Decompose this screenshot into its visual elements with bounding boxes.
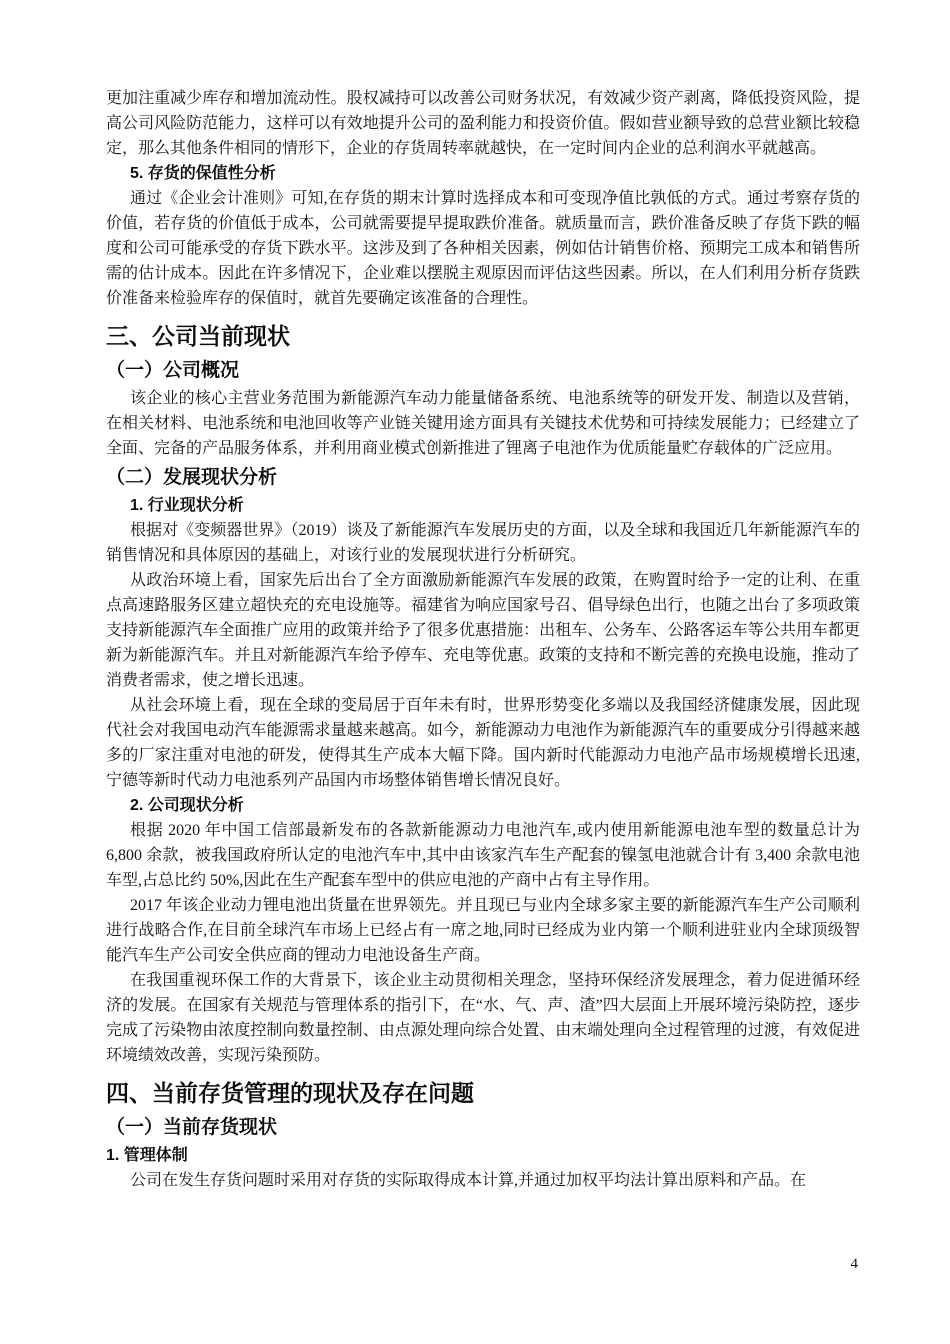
paragraph-industry-overview: 根据对《变频器世界》（2019）谈及了新能源汽车发展历史的方面，以及全球和我国近… [106, 518, 860, 568]
heading-management-system: 1. 管理体制 [106, 1143, 860, 1168]
heading-section-3-company-status: 三、公司当前现状 [106, 321, 860, 352]
heading-company-overview: （一）公司概况 [106, 358, 860, 384]
heading-industry-status-analysis: 1. 行业现状分析 [106, 493, 860, 518]
heading-inventory-value-analysis: 5. 存货的保值性分析 [106, 161, 860, 186]
paragraph-political-environment: 从政治环境上看，国家先后出台了全方面激励新能源汽车发展的政策，在购置时给予一定的… [106, 568, 860, 693]
document-content: 更加注重减少库存和增加流动性。股权减持可以改善公司财务状况，有效减少资产剥离，降… [106, 86, 860, 1193]
paragraph-environmental-protection: 在我国重视环保工作的大背景下，该企业主动贯彻相关理念，坚持环保经济发展理念，着力… [106, 968, 860, 1068]
paragraph-management-system: 公司在发生存货问题时采用对存货的实际取得成本计算,并通过加权平均法计算出原料和产… [106, 1168, 860, 1193]
heading-current-inventory-status: （一）当前存货现状 [106, 1115, 860, 1141]
paragraph-social-environment: 从社会环境上看，现在全球的变局居于百年未有时，世界形势变化多端以及我国经济健康发… [106, 693, 860, 793]
carryover-paragraph: 更加注重减少库存和增加流动性。股权减持可以改善公司财务状况，有效减少资产剥离，降… [106, 86, 860, 161]
heading-company-status-analysis: 2. 公司现状分析 [106, 793, 860, 818]
paragraph-miit-data: 根据 2020 年中国工信部最新发布的各款新能源动力电池汽车,或内使用新能源电池… [106, 818, 860, 893]
paragraph-company-overview: 该企业的核心主营业务范围为新能源汽车动力能量储备系统、电池系统等的研发开发、制造… [106, 386, 860, 461]
paragraph-inventory-value: 通过《企业会计准则》可知,在存货的期末计算时选择成本和可变现净值比孰低的方式。通… [106, 186, 860, 311]
page-number: 4 [851, 1254, 859, 1274]
heading-development-status-analysis: （二）发展现状分析 [106, 465, 860, 491]
document-page: 更加注重减少库存和增加流动性。股权减持可以改善公司财务状况，有效减少资产剥离，降… [0, 0, 950, 1344]
heading-section-4-inventory-management: 四、当前存货管理的现状及存在问题 [106, 1078, 860, 1109]
paragraph-2017-shipments: 2017 年该企业动力锂电池出货量在世界领先。并且现已与业内全球多家主要的新能源… [106, 893, 860, 968]
